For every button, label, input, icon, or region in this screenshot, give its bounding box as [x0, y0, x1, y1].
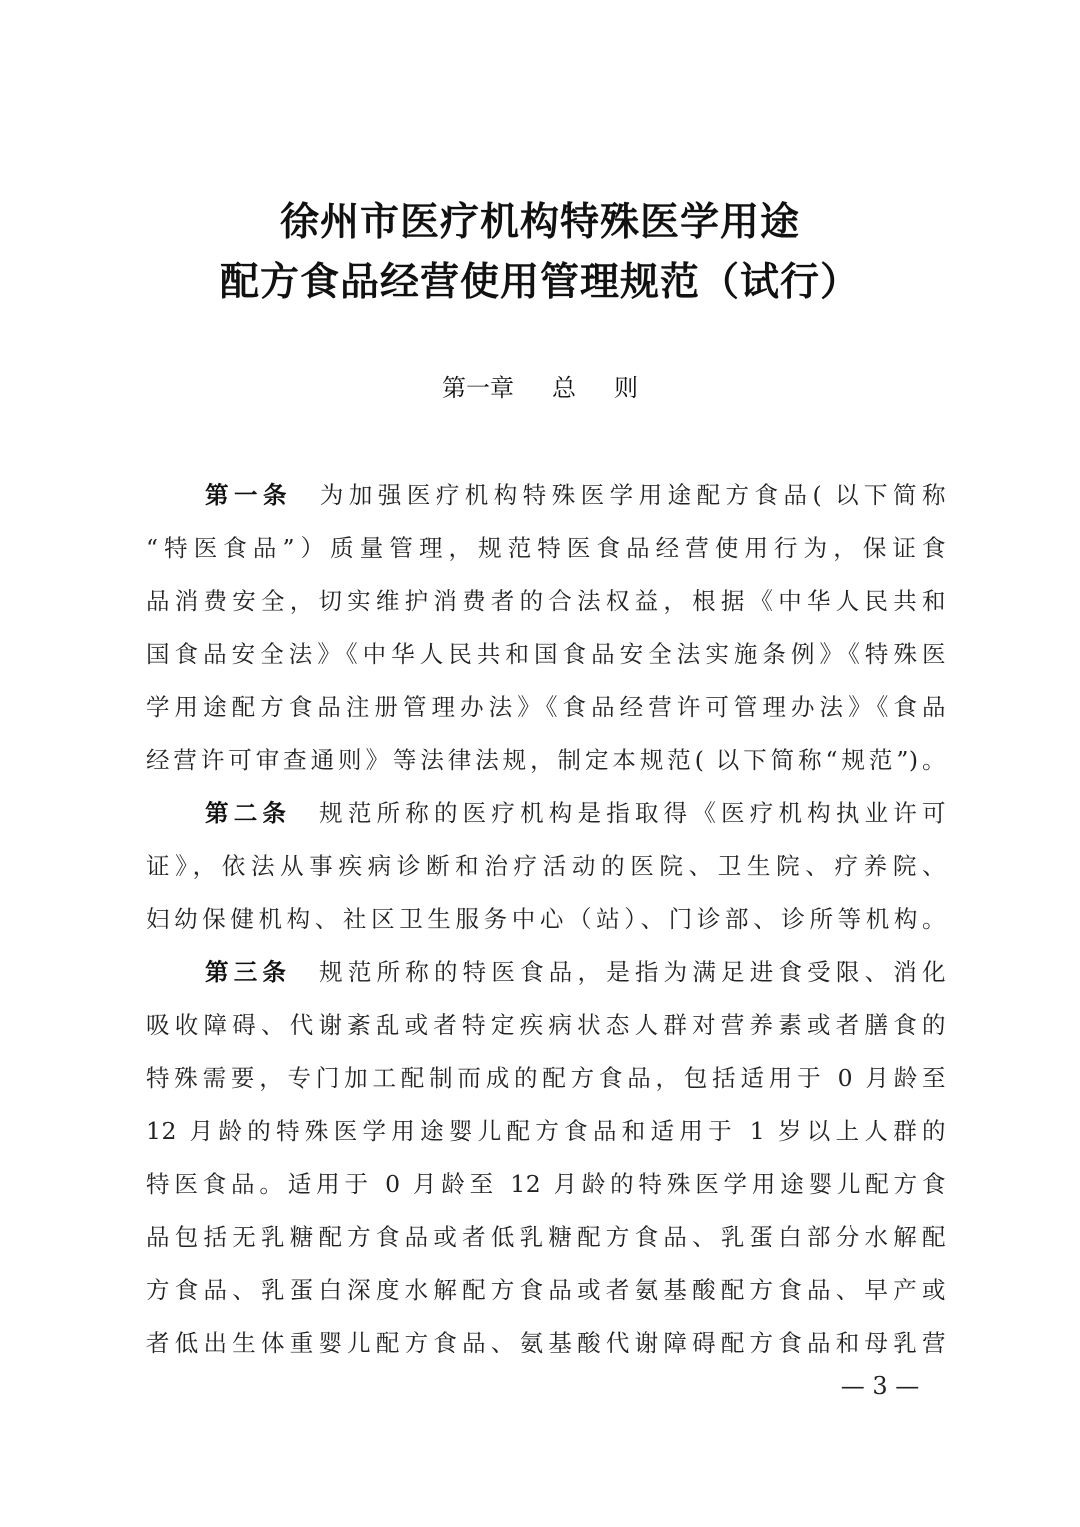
article-1-label: 第一条 [205, 481, 292, 509]
article-1-line-5: 学用途配方食品注册管理办法》《食品经营许可管理办法》《食品 [146, 687, 946, 727]
article-3-line-4: 12 月龄的特殊医学用途婴儿配方食品和适用于 1 岁以上人群的 [146, 1111, 946, 1151]
document-page: 徐州市医疗机构特殊医学用途 配方食品经营使用管理规范（试行） 第一章总则 第一条… [0, 0, 1080, 1527]
article-3-line-5: 特医食品。适用于 0 月龄至 12 月龄的特殊医学用途婴儿配方食 [146, 1164, 946, 1204]
article-3-label: 第三条 [205, 958, 291, 986]
chapter-name-part-1: 总 [552, 368, 576, 408]
article-2-line-2: 证》，依法从事疾病诊断和治疗活动的医院、卫生院、疗养院、 [146, 846, 946, 886]
article-1-line-4: 国食品安全法》《中华人民共和国食品安全法实施条例》《特殊医 [146, 634, 946, 674]
page-number: — 3 — [820, 1366, 940, 1406]
article-2-line-3: 妇幼保健机构、社区卫生服务中心（站）、门诊部、诊所等机构。 [146, 899, 946, 939]
article-3-line-8: 者低出生体重婴儿配方食品、氨基酸代谢障碍配方食品和母乳营 [146, 1323, 946, 1363]
article-2-line-1: 第二条规范所称的医疗机构是指取得《医疗机构执业许可 [205, 793, 946, 833]
document-title-line-2: 配方食品经营使用管理规范（试行） [0, 257, 1080, 307]
article-1-line-2: “特医食品”）质量管理，规范特医食品经营使用行为，保证食 [146, 528, 946, 568]
article-3-line-3: 特殊需要，专门加工配制而成的配方食品，包括适用于 0 月龄至 [146, 1058, 946, 1098]
document-title-line-1: 徐州市医疗机构特殊医学用途 [0, 197, 1080, 247]
chapter-name-part-2: 则 [614, 368, 638, 408]
article-2-label: 第二条 [205, 799, 291, 827]
article-3-line-2: 吸收障碍、代谢紊乱或者特定疾病状态人群对营养素或者膳食的 [146, 1005, 946, 1045]
chapter-heading: 第一章总则 [0, 368, 1080, 408]
article-1-line-3: 品消费安全，切实维护消费者的合法权益，根据《中华人民共和 [146, 581, 946, 621]
article-3-line-6: 品包括无乳糖配方食品或者低乳糖配方食品、乳蛋白部分水解配 [146, 1217, 946, 1257]
article-1-line-1: 第一条为加强医疗机构特殊医学用途配方食品( 以下简称 [205, 475, 946, 515]
article-1-line-6: 经营许可审查通则》等法律法规，制定本规范( 以下简称“规范”)。 [146, 740, 946, 780]
article-3-line-1: 第三条规范所称的特医食品，是指为满足进食受限、消化 [205, 952, 946, 992]
article-3-line-7: 方食品、乳蛋白深度水解配方食品或者氨基酸配方食品、早产或 [146, 1270, 946, 1310]
chapter-number: 第一章 [442, 368, 514, 408]
